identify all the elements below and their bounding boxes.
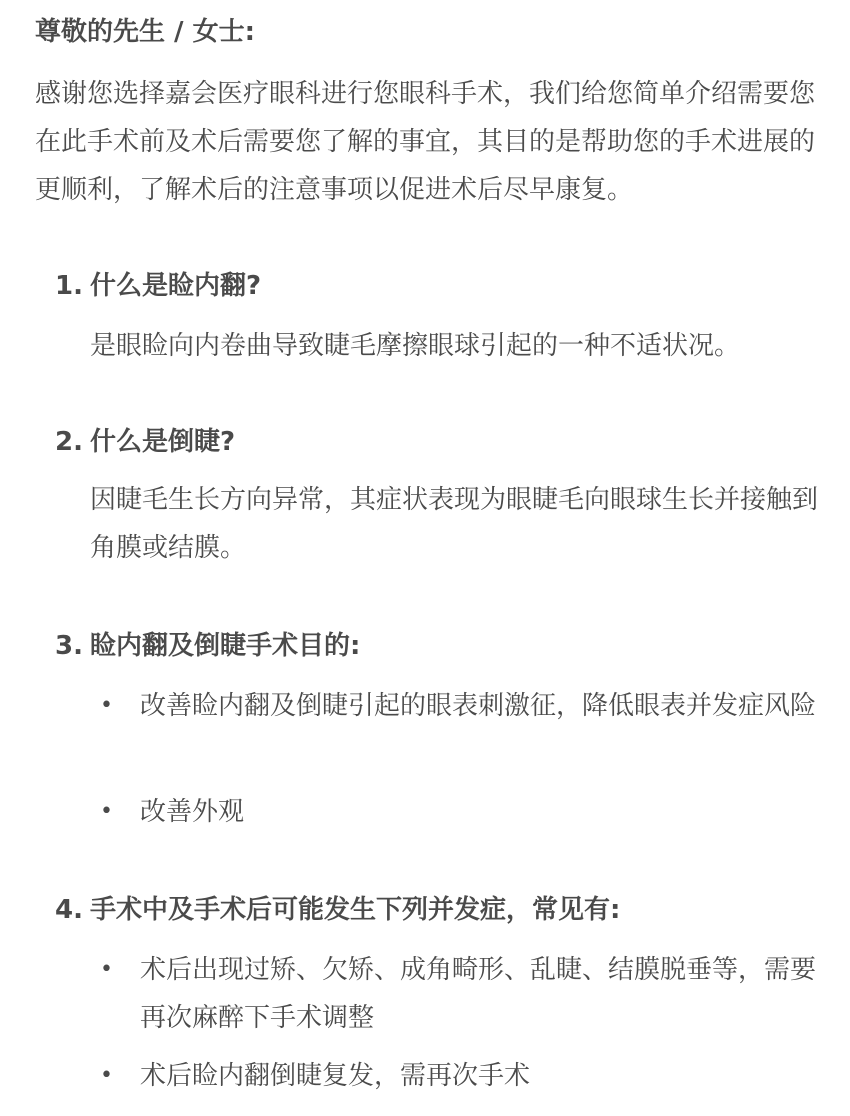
- list-item-text: 改善睑内翻及倒睫引起的眼表刺激征，降低眼表并发症风险: [140, 682, 820, 730]
- list-item: • 术后睑内翻倒睫复发，需再次手术: [100, 1052, 820, 1100]
- greeting: 尊敬的先生 / 女士:: [35, 14, 255, 50]
- section-number: 1.: [55, 268, 90, 304]
- list-item-text: 改善外观: [140, 788, 820, 836]
- list-item: • 改善外观: [100, 788, 820, 836]
- section-4-title: 4.手术中及手术后可能发生下列并发症，常见有:: [55, 892, 620, 928]
- section-number: 4.: [55, 892, 90, 928]
- section-number: 2.: [55, 424, 90, 460]
- section-2-title: 2.什么是倒睫?: [55, 424, 235, 460]
- section-1-body: 是眼睑向内卷曲导致睫毛摩擦眼球引起的一种不适状况。: [90, 322, 820, 370]
- section-3-title: 3.睑内翻及倒睫手术目的:: [55, 628, 360, 664]
- section-title-text: 睑内翻及倒睫手术目的:: [90, 631, 360, 661]
- section-title-text: 什么是睑内翻?: [90, 271, 261, 301]
- bullet-icon: •: [100, 682, 140, 730]
- section-number: 3.: [55, 628, 90, 664]
- list-item-text: 术后睑内翻倒睫复发，需再次手术: [140, 1052, 820, 1100]
- list-item: • 术后出现过矫、欠矫、成角畸形、乱睫、结膜脱垂等，需要再次麻醉下手术调整: [100, 946, 820, 1042]
- list-item: • 改善睑内翻及倒睫引起的眼表刺激征，降低眼表并发症风险: [100, 682, 820, 730]
- section-title-text: 手术中及手术后可能发生下列并发症，常见有:: [90, 895, 620, 925]
- bullet-icon: •: [100, 788, 140, 836]
- section-title-text: 什么是倒睫?: [90, 427, 235, 457]
- intro-paragraph: 感谢您选择嘉会医疗眼科进行您眼科手术，我们给您简单介绍需要您在此手术前及术后需要…: [35, 70, 825, 214]
- section-1-title: 1.什么是睑内翻?: [55, 268, 261, 304]
- bullet-icon: •: [100, 1052, 140, 1100]
- list-item-text: 术后出现过矫、欠矫、成角畸形、乱睫、结膜脱垂等，需要再次麻醉下手术调整: [140, 946, 820, 1042]
- bullet-icon: •: [100, 946, 140, 1042]
- section-2-body: 因睫毛生长方向异常，其症状表现为眼睫毛向眼球生长并接触到角膜或结膜。: [90, 476, 820, 572]
